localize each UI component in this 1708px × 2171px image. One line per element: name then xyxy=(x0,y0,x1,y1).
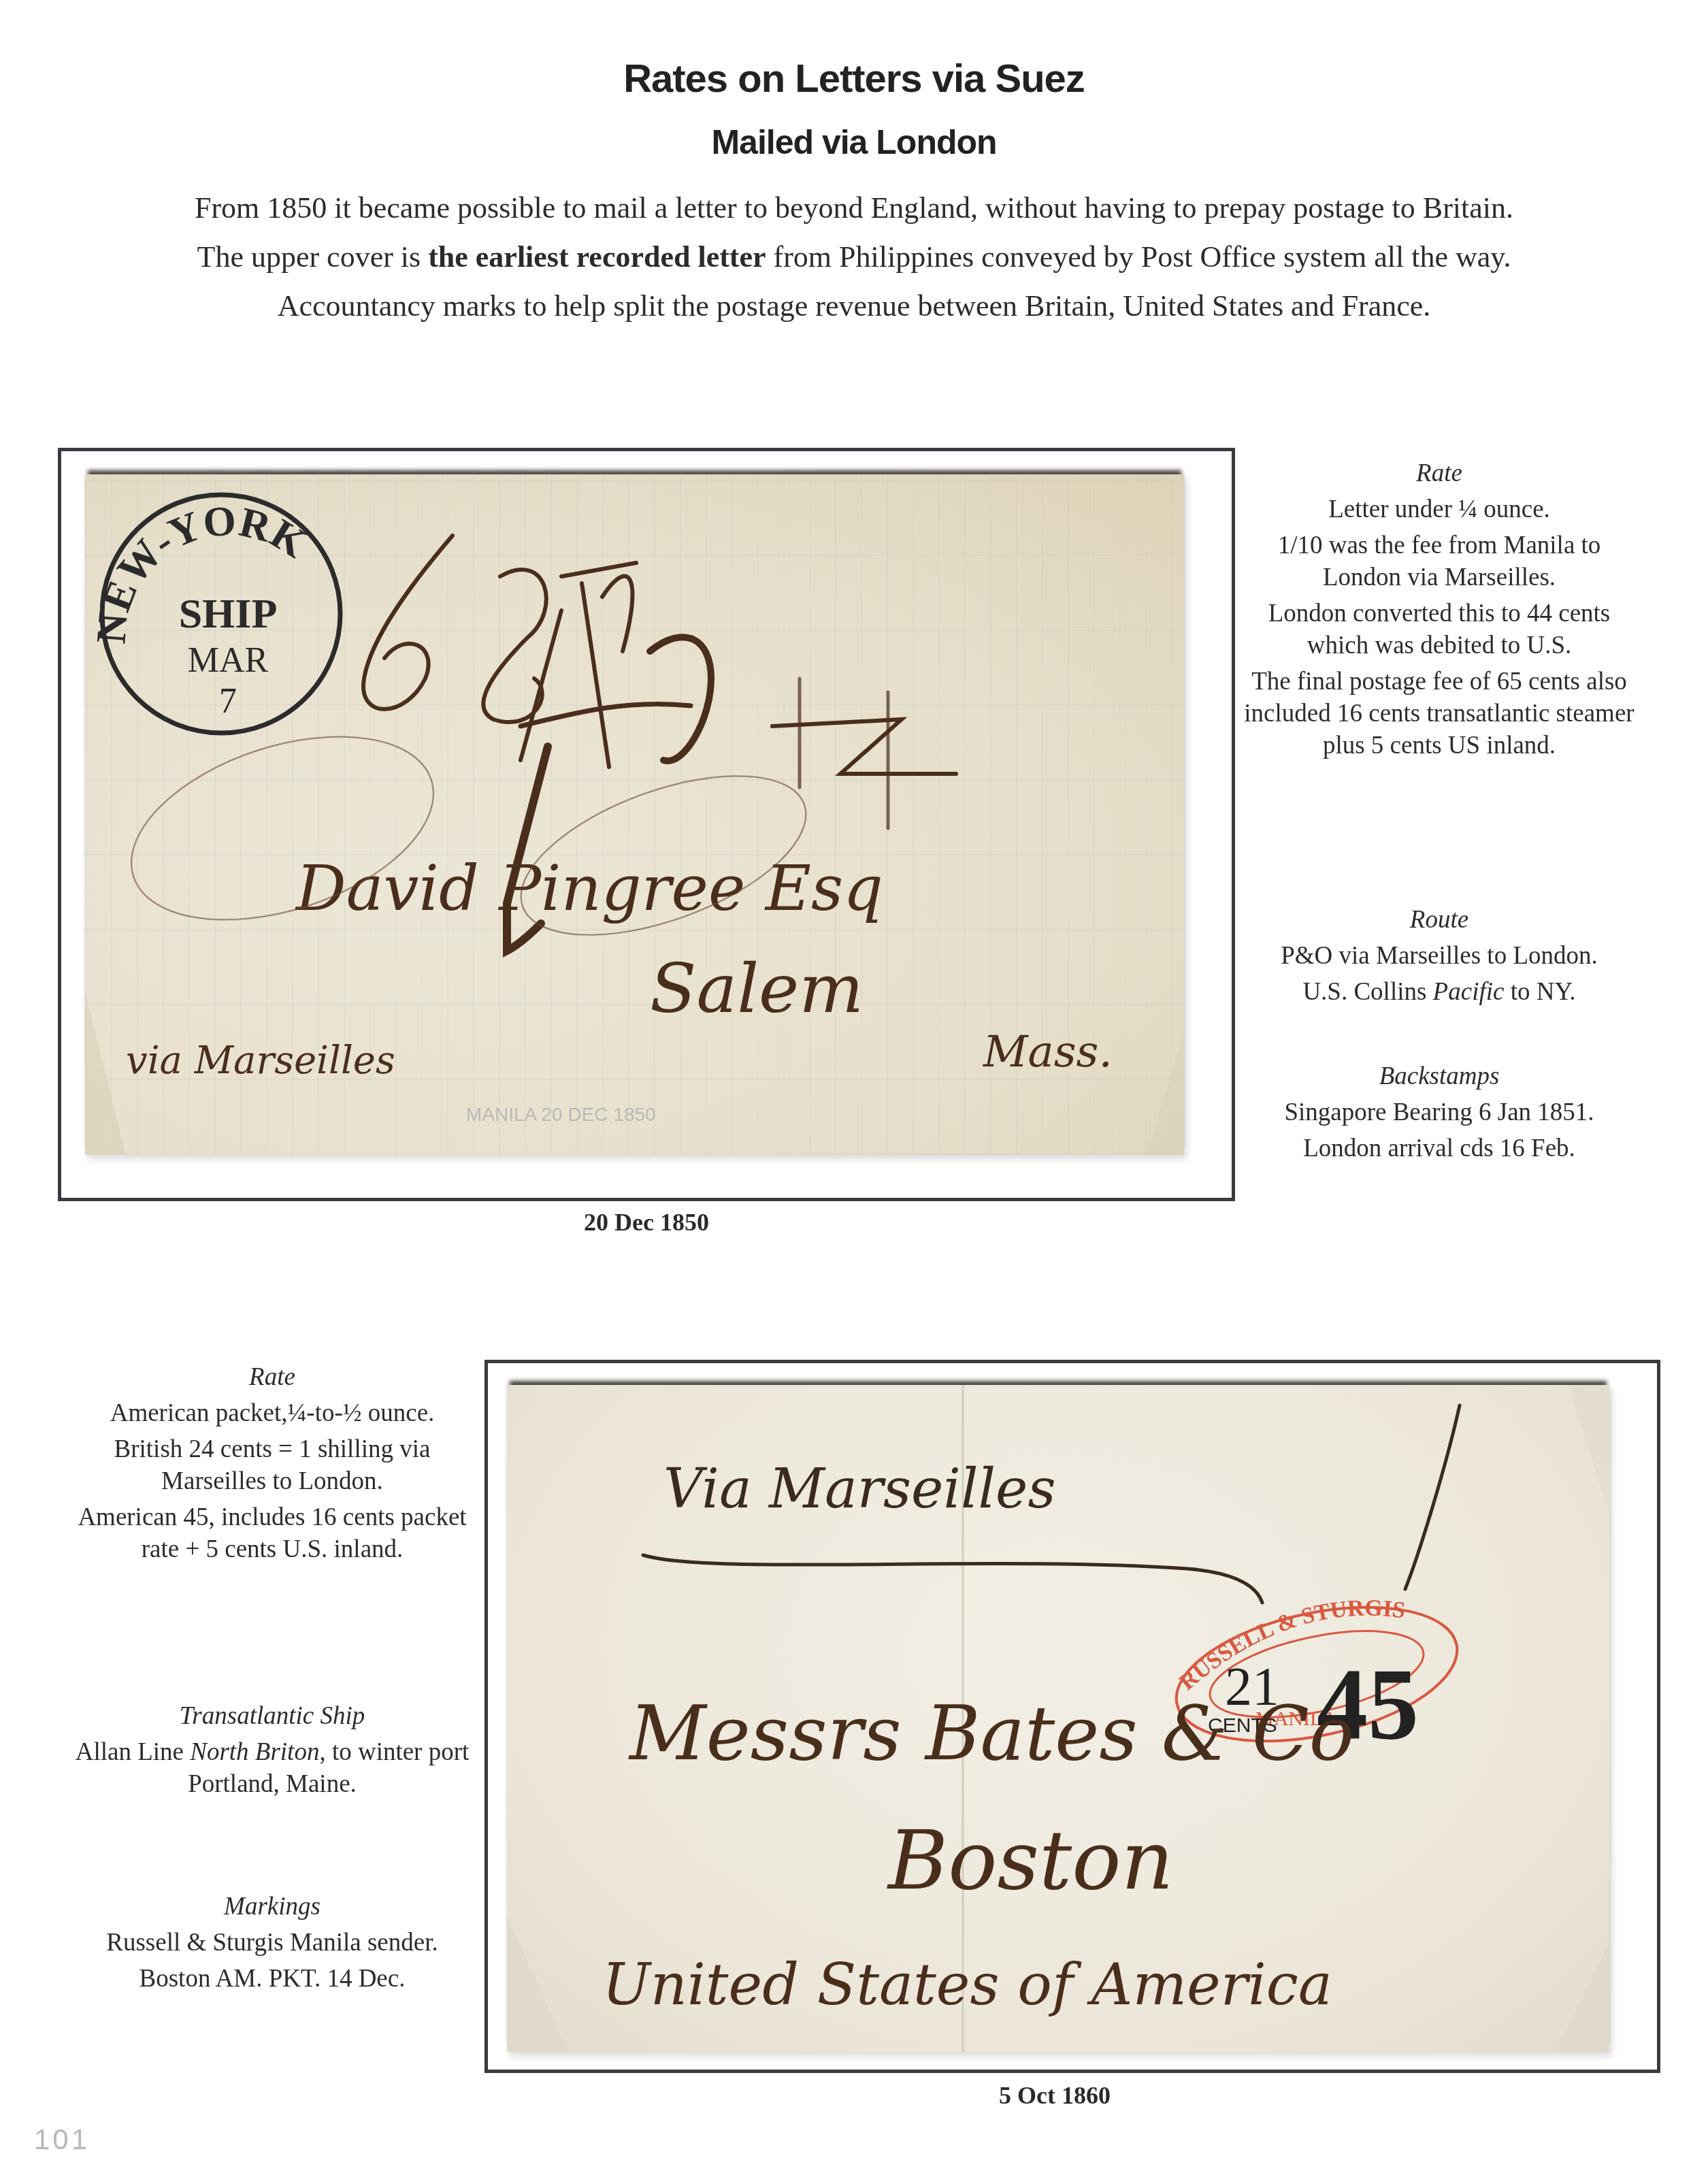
svg-text:United States of America: United States of America xyxy=(602,1951,1332,2018)
route-line-2-pre: U.S. Collins xyxy=(1302,978,1432,1006)
svg-text:7: 7 xyxy=(219,682,237,721)
rate-note: British 24 cents = 1 shilling via Marsei… xyxy=(65,1433,480,1497)
cover-1-backstamp-notes: Backstamps Singapore Bearing 6 Jan 1851.… xyxy=(1242,1060,1637,1169)
intro-line-1: From 1850 it became possible to mail a l… xyxy=(0,184,1708,233)
ship-heading: Transatlantic Ship xyxy=(65,1700,480,1732)
backstamp-line-1: Singapore Bearing 6 Jan 1851. xyxy=(1242,1096,1637,1128)
route-line-1: P&O via Marseilles to London. xyxy=(1242,940,1637,972)
new-york-ship-postmark: NEW-YORK SHIP MAR 7 xyxy=(88,495,340,733)
svg-text:SHIP: SHIP xyxy=(179,591,278,637)
route-heading: Route xyxy=(1242,904,1637,936)
svg-text:David Pingree Esq: David Pingree Esq xyxy=(295,852,883,925)
svg-text:Via Marseilles: Via Marseilles xyxy=(663,1457,1055,1520)
cover-1-address: David Pingree Esq Salem Mass. via Marsei… xyxy=(126,852,1113,1125)
markings-heading: Markings xyxy=(65,1891,480,1923)
rate-heading: Rate xyxy=(1242,457,1637,489)
backstamp-line-2: London arrival cds 16 Feb. xyxy=(1242,1132,1637,1164)
backstamps-heading: Backstamps xyxy=(1242,1060,1637,1092)
page-subtitle: Mailed via London xyxy=(0,123,1708,162)
rate-note: Letter under ¼ ounce. xyxy=(1242,493,1637,525)
cover-1-route-notes: Route P&O via Marseilles to London. U.S.… xyxy=(1242,904,1637,1012)
svg-text:Mass.: Mass. xyxy=(983,1027,1113,1077)
intro-line-2-pre: The upper cover is xyxy=(197,240,429,274)
cover-1-rate-notes: Rate Letter under ¼ ounce. 1/10 was the … xyxy=(1242,457,1637,766)
intro-line-2: The upper cover is the earliest recorded… xyxy=(0,233,1708,282)
ship-line: Allan Line North Briton, to winter port … xyxy=(65,1736,480,1800)
svg-text:Salem: Salem xyxy=(650,949,864,1028)
ship-line-pre: Allan Line xyxy=(76,1738,191,1766)
rate-note: American packet,¼-to-½ ounce. xyxy=(65,1397,480,1429)
rate-note: London converted this to 44 cents which … xyxy=(1242,598,1637,662)
ship-name: Pacific xyxy=(1433,978,1505,1006)
intro-line-3: Accountancy marks to help split the post… xyxy=(0,282,1708,331)
rate-heading: Rate xyxy=(65,1361,480,1393)
route-line-2-post: to NY. xyxy=(1504,978,1575,1006)
route-line-2: U.S. Collins Pacific to NY. xyxy=(1242,976,1637,1008)
cover-1-image: NEW-YORK SHIP MAR 7 David Pingree Esq Sa… xyxy=(85,474,1184,1155)
svg-text:via Marseilles: via Marseilles xyxy=(126,1039,395,1083)
svg-text:Boston: Boston xyxy=(887,1814,1174,1908)
cover-2-image: RUSSELL & STURGIS MANILA 21 CENTS 45 Via… xyxy=(507,1385,1609,2052)
svg-text:Messrs Bates & Co: Messrs Bates & Co xyxy=(628,1690,1354,1777)
page-number-pencil: 101 xyxy=(34,2123,90,2156)
cover-2-markings-notes: Markings Russell & Sturgis Manila sender… xyxy=(65,1891,480,1999)
cover-1-artwork: NEW-YORK SHIP MAR 7 David Pingree Esq Sa… xyxy=(85,474,1184,1155)
cover-2-address: Via Marseilles Messrs Bates & Co Boston … xyxy=(602,1457,1354,2018)
svg-text:MANILA 20 DEC 1850: MANILA 20 DEC 1850 xyxy=(466,1104,656,1125)
page-title: Rates on Letters via Suez xyxy=(0,56,1708,101)
ship-name: North Briton xyxy=(190,1738,319,1766)
intro-emphasis: the earliest recorded letter xyxy=(428,240,766,274)
cover-2-date-caption: 5 Oct 1860 xyxy=(885,2081,1225,2110)
markings-line-1: Russell & Sturgis Manila sender. xyxy=(65,1927,480,1959)
rate-note: 1/10 was the fee from Manila to London v… xyxy=(1242,529,1637,593)
cover-2-rate-notes: Rate American packet,¼-to-½ ounce. Briti… xyxy=(65,1361,480,1569)
intro-text: From 1850 it became possible to mail a l… xyxy=(0,184,1708,331)
cover-2-artwork: RUSSELL & STURGIS MANILA 21 CENTS 45 Via… xyxy=(507,1385,1609,2052)
svg-text:MAR: MAR xyxy=(188,641,269,680)
rate-note: American 45, includes 16 cents packet ra… xyxy=(65,1501,480,1565)
cover-1-date-caption: 20 Dec 1850 xyxy=(476,1208,817,1237)
intro-line-2-post: from Philippines conveyed by Post Office… xyxy=(766,240,1511,274)
markings-line-2: Boston AM. PKT. 14 Dec. xyxy=(65,1963,480,1995)
cover-2-ship-notes: Transatlantic Ship Allan Line North Brit… xyxy=(65,1700,480,1804)
rate-note: The final postage fee of 65 cents also i… xyxy=(1242,666,1637,762)
